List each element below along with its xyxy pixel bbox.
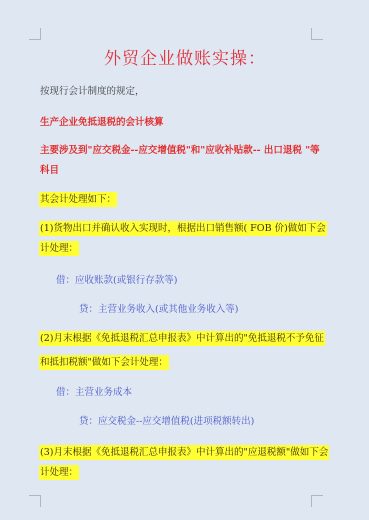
step3-line-2: 计处理：	[39, 465, 79, 480]
step1-debit-entry: 借：应收账款(或银行存款等)	[56, 275, 177, 287]
intro-text: 按现行会计制度的规定，	[40, 86, 145, 98]
margin-corner-bottom-left	[29, 495, 41, 507]
document-title: 外贸企业做账实操：	[104, 48, 266, 70]
subjects-line-2: 科目	[40, 165, 59, 177]
step2-credit-entry: 贷：应交税金--应交增值税(进项税额转出)	[79, 416, 254, 428]
step2-debit-entry: 借：主营业务成本	[56, 387, 132, 399]
step2-line-2: 和抵扣税额"做如下会计处理：	[39, 355, 169, 370]
margin-corner-top-left	[29, 28, 41, 40]
step1-credit-entry: 贷：主营业务收入(或其他业务收入等)	[79, 304, 238, 316]
subjects-line-1: 主要涉及到"应交税金--应交增值税"和"应收补贴款-- 出口退税 "等	[40, 145, 320, 157]
section-heading: 生产企业免抵退税的会计核算	[40, 117, 164, 129]
step1-line-2: 计处理：	[39, 241, 79, 256]
process-heading: 其会计处理如下：	[39, 192, 117, 207]
margin-corner-top-right	[311, 28, 323, 40]
step2-line-1: (2)月末根据《免抵退税汇总申报表》中计算出的"免抵退税不予免征	[39, 331, 325, 346]
step3-line-1: (3)月末根据《免抵退税汇总申报表》中计算出的"应退税额"做如下会	[39, 445, 329, 460]
document-page: 外贸企业做账实操： 按现行会计制度的规定， 生产企业免抵退税的会计核算 主要涉及…	[0, 0, 369, 520]
margin-corner-bottom-right	[311, 495, 323, 507]
step1-line-1: (1)货物出口并确认收入实现时，根据出口销售额( FOB 价)做如下会	[39, 221, 327, 236]
